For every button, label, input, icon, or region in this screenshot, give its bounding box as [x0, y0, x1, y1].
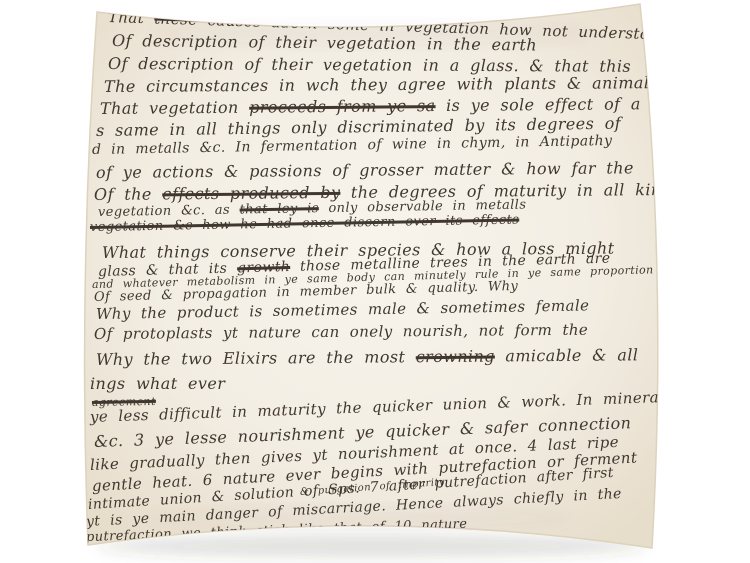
product-photo-scene: That these causes adorn some in vegetati… — [0, 0, 750, 563]
fabric-crease-bottom — [150, 509, 570, 527]
pillow-image — [0, 0, 750, 563]
fabric-crease-top — [152, 24, 592, 44]
pillow-shape — [85, 4, 658, 548]
floor-shadow — [97, 535, 647, 557]
